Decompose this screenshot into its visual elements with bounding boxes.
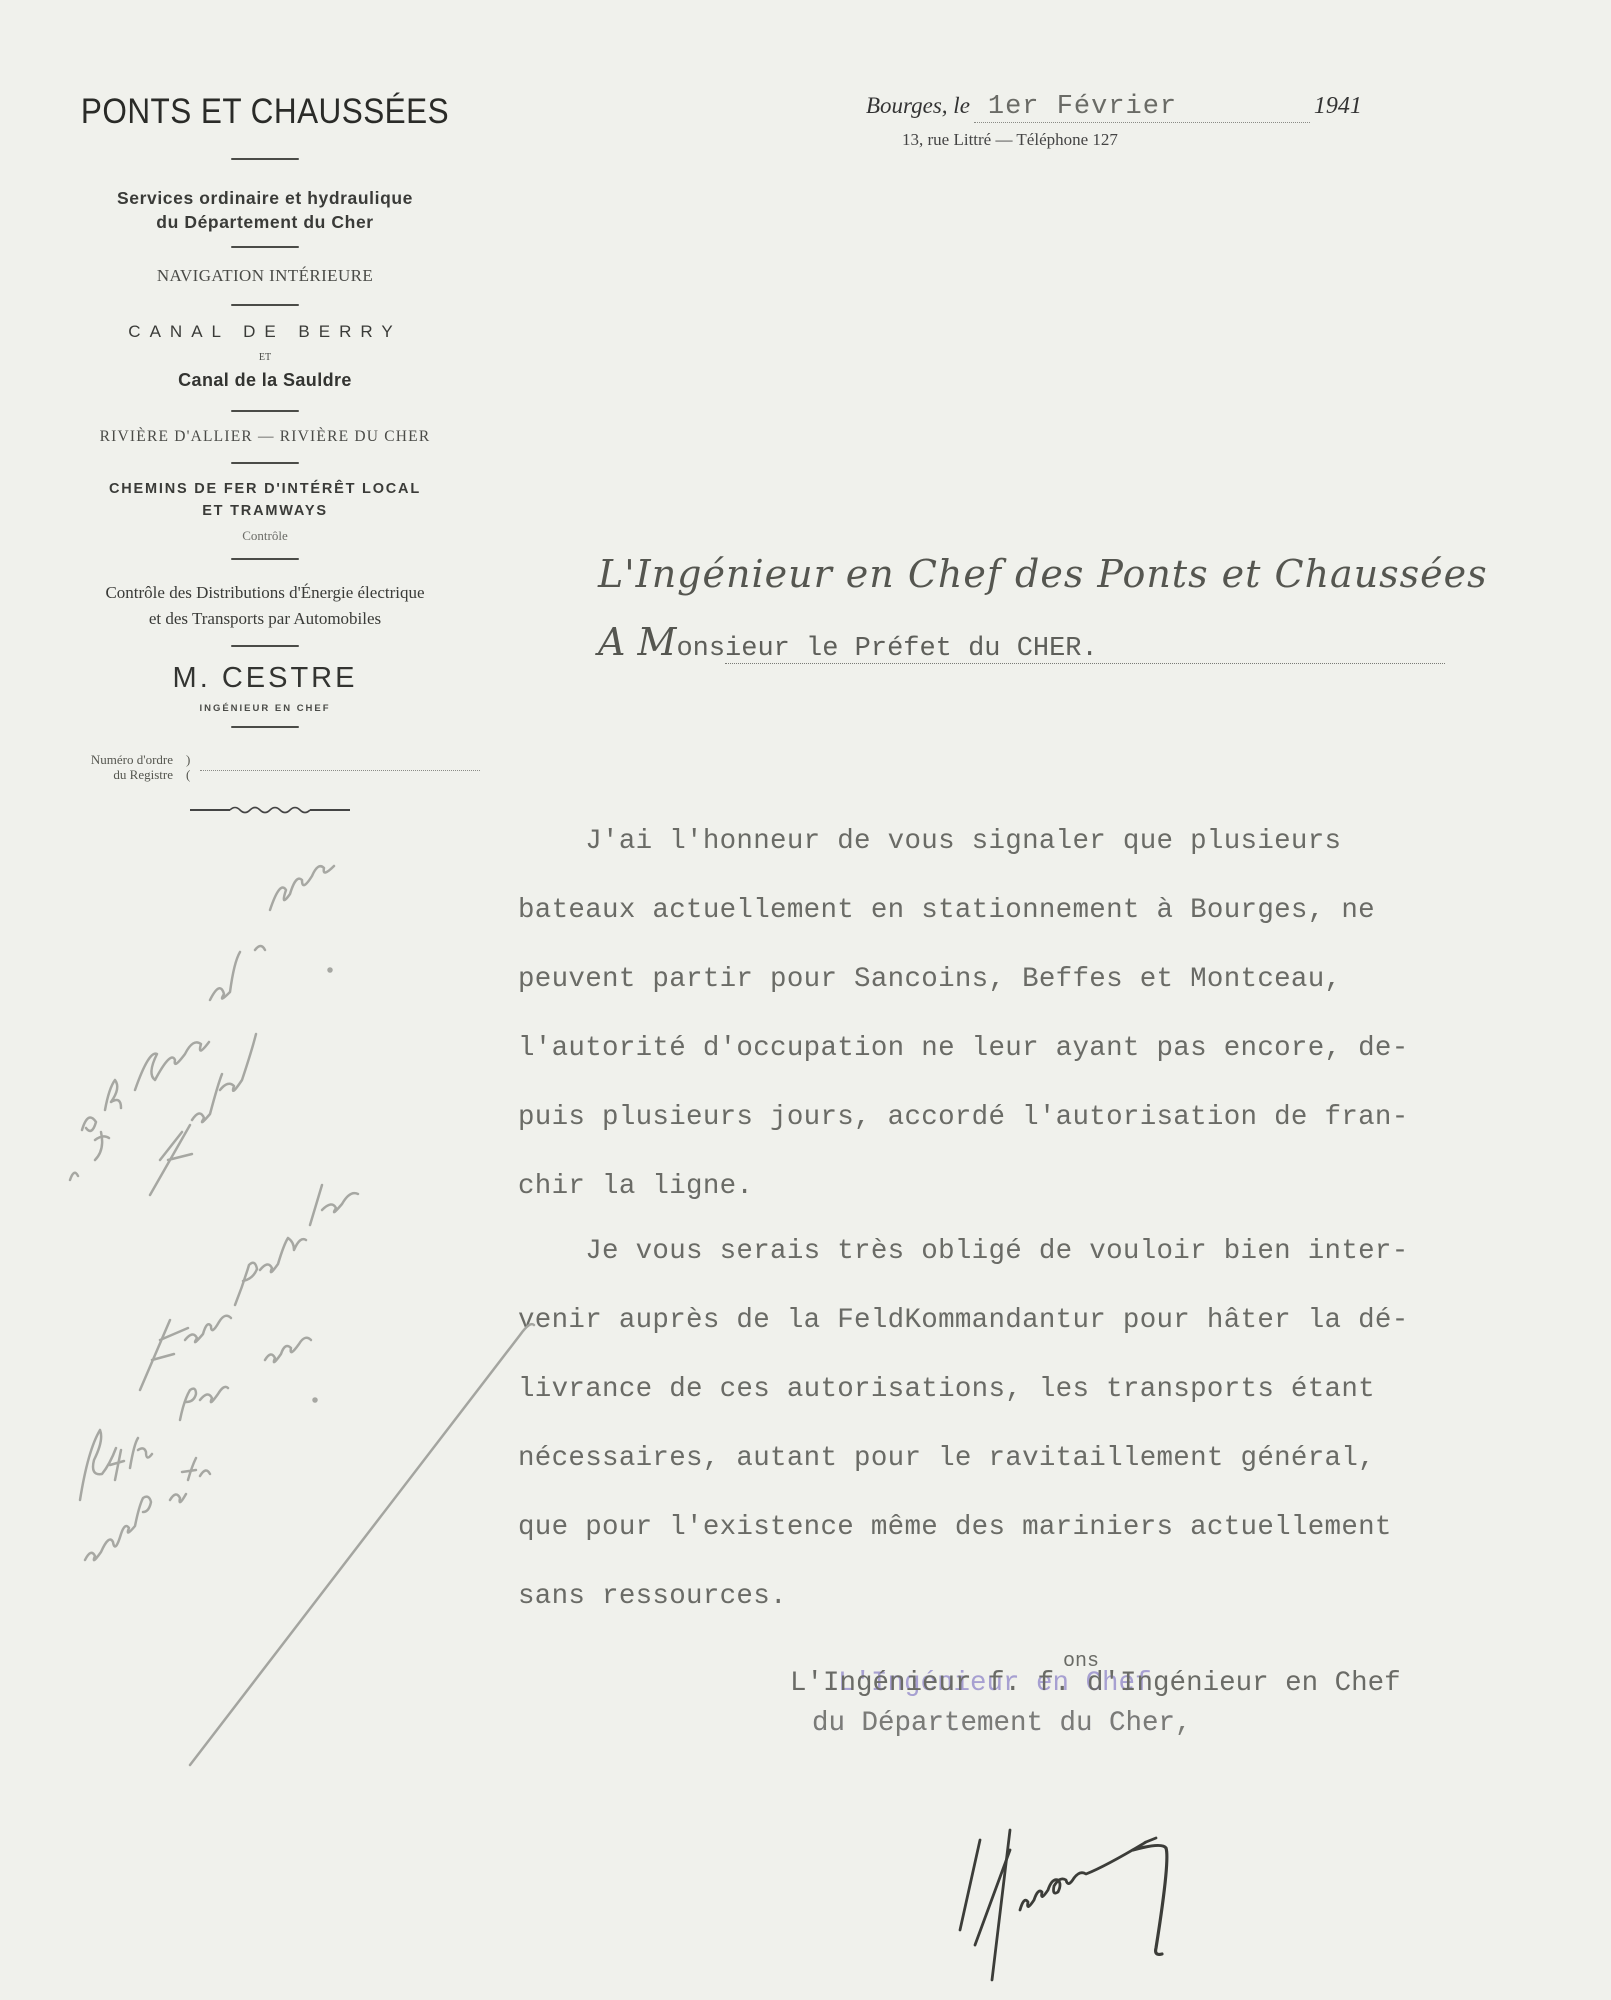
energie-line-1: Contrôle des Distributions d'Énergie éle… bbox=[40, 580, 490, 606]
letterhead-energie: Contrôle des Distributions d'Énergie éle… bbox=[40, 580, 490, 632]
body-line: chir la ligne. bbox=[518, 1171, 753, 1202]
letterhead-title: PONTS ET CHAUSSÉES bbox=[63, 92, 468, 132]
engineer-name: M. CESTRE bbox=[40, 662, 490, 695]
signature-icon bbox=[930, 1820, 1230, 1990]
numero-ordre-field[interactable] bbox=[200, 770, 480, 771]
recipient-typed: onsieur le Préfet du CHER. bbox=[676, 634, 1097, 664]
divider bbox=[40, 246, 490, 248]
date-typed: 1er Février bbox=[974, 92, 1310, 123]
numero-line-1: Numéro d'ordre bbox=[48, 752, 173, 767]
dateline: Bourges, le1er Février1941 bbox=[866, 92, 1362, 123]
letterhead-controle: Contrôle bbox=[40, 528, 490, 544]
body-line: puis plusieurs jours, accordé l'autorisa… bbox=[518, 1102, 1409, 1133]
body-line: livrance de ces autorisations, les trans… bbox=[518, 1374, 1375, 1405]
body-line: Je vous serais très obligé de vouloir bi… bbox=[518, 1236, 1409, 1267]
divider bbox=[40, 304, 490, 306]
numero-ordre-label: Numéro d'ordre du Registre bbox=[48, 752, 173, 782]
sender-line: L'Ingénieur en Chef des Ponts et Chaussé… bbox=[598, 552, 1488, 596]
body-line: J'ai l'honneur de vous signaler que plus… bbox=[518, 826, 1341, 857]
body-line: l'autorité d'occupation ne leur ayant pa… bbox=[518, 1033, 1409, 1064]
closing-line-2: du Département du Cher, bbox=[812, 1708, 1192, 1739]
body-line: nécessaires, autant pour le ravitailleme… bbox=[518, 1443, 1375, 1474]
letterhead-services: Services ordinaire et hydraulique du Dép… bbox=[40, 186, 490, 234]
services-line-2: du Département du Cher bbox=[40, 210, 490, 234]
date-place: Bourges, le bbox=[866, 93, 970, 118]
closing-superscript: ons bbox=[1063, 1650, 1099, 1673]
letterhead-canal-sauldre: Canal de la Sauldre bbox=[40, 370, 490, 391]
letterhead-navigation: NAVIGATION INTÉRIEURE bbox=[40, 266, 490, 286]
divider bbox=[40, 410, 490, 412]
chemins-line-2: ET TRAMWAYS bbox=[40, 500, 490, 522]
chemins-line-1: CHEMINS DE FER D'INTÉRÊT LOCAL bbox=[40, 478, 490, 500]
date-year: 1941 bbox=[1314, 93, 1362, 119]
divider bbox=[40, 462, 490, 464]
body-line: venir auprès de la FeldKommandantur pour… bbox=[518, 1305, 1409, 1336]
pencil-stroke bbox=[190, 1324, 534, 1765]
numero-line-2: du Registre bbox=[48, 767, 173, 782]
letterhead-chemins-de-fer: CHEMINS DE FER D'INTÉRÊT LOCAL ET TRAMWA… bbox=[40, 478, 490, 522]
energie-line-2: et des Transports par Automobiles bbox=[40, 606, 490, 632]
services-line-1: Services ordinaire et hydraulique bbox=[40, 186, 490, 210]
body-line: que pour l'existence même des mariniers … bbox=[518, 1512, 1392, 1543]
body-line: sans ressources. bbox=[518, 1581, 787, 1612]
letterhead-et: ET bbox=[40, 352, 490, 363]
recipient-dotted-line bbox=[725, 663, 1445, 664]
divider bbox=[40, 158, 490, 160]
divider bbox=[40, 726, 490, 728]
engineer-role: INGÉNIEUR EN CHEF bbox=[40, 703, 490, 714]
letterhead-rivers: RIVIÈRE D'ALLIER — RIVIÈRE DU CHER bbox=[40, 428, 490, 446]
divider bbox=[40, 558, 490, 560]
divider bbox=[40, 645, 490, 647]
recipient-line: A Monsieur le Préfet du CHER. bbox=[598, 620, 1098, 664]
handwritten-note-icon bbox=[60, 800, 480, 1780]
letterhead-canal-berry: CANAL DE BERRY bbox=[40, 322, 490, 342]
recipient-prefix: A M bbox=[598, 620, 676, 664]
office-address: 13, rue Littré — Téléphone 127 bbox=[902, 130, 1118, 150]
brace-icon: )( bbox=[186, 752, 190, 782]
body-line: peuvent partir pour Sancoins, Beffes et … bbox=[518, 964, 1341, 995]
body-line: bateaux actuellement en stationnement à … bbox=[518, 895, 1375, 926]
